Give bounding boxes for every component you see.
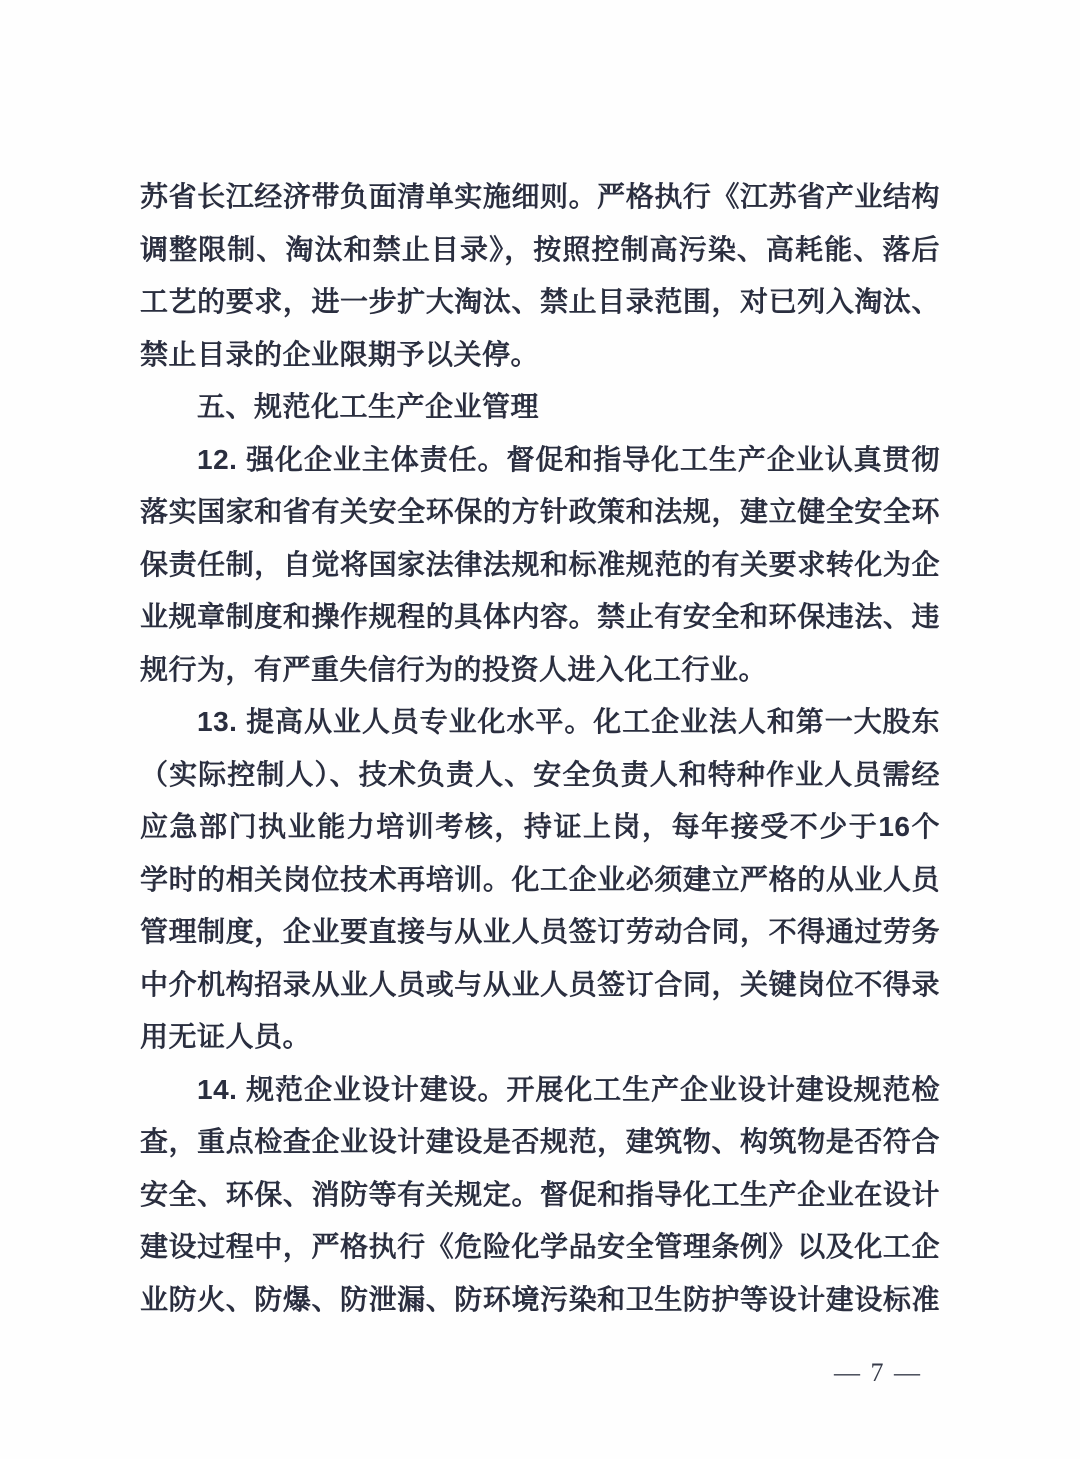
paragraph-13-personnel: 13. 提高从业人员专业化水平。化工企业法人和第一大股东 （实际控制人）、技术负… xyxy=(140,696,940,1064)
paragraph-negative-list-continuation: 苏省长江经济带负面清单实施细则。严格执行《江苏省产业结构 调整限制、淘汰和禁止目… xyxy=(140,171,940,381)
paragraph-12-responsibility: 12. 强化企业主体责任。督促和指导化工生产企业认真贯彻 落实国家和省有关安全环… xyxy=(140,434,940,697)
text-line: 规行为，有严重失信行为的投资人进入化工行业。 xyxy=(140,644,940,697)
text-line: 业规章制度和操作规程的具体内容。禁止有安全和环保违法、违 xyxy=(140,591,940,644)
heading-section-5: 五、规范化工生产企业管理 xyxy=(140,381,940,434)
text-line: 业防火、防爆、防泄漏、防环境污染和卫生防护等设计建设标准 xyxy=(140,1274,940,1327)
text-line: 建设过程中，严格执行《危险化学品安全管理条例》以及化工企 xyxy=(140,1221,940,1274)
page-number: — 7 — xyxy=(140,1358,940,1388)
text-line: 落实国家和省有关安全环保的方针政策和法规，建立健全安全环 xyxy=(140,486,940,539)
text-line: 工艺的要求，进一步扩大淘汰、禁止目录范围，对已列入淘汰、 xyxy=(140,276,940,329)
paragraph-14-design: 14. 规范企业设计建设。开展化工生产企业设计建设规范检 查，重点检查企业设计建… xyxy=(140,1064,940,1327)
text-line: 管理制度，企业要直接与从业人员签订劳动合同，不得通过劳务 xyxy=(140,906,940,959)
text-line: 13. 提高从业人员专业化水平。化工企业法人和第一大股东 xyxy=(140,696,940,749)
text-line: 中介机构招录从业人员或与从业人员签订合同，关键岗位不得录 xyxy=(140,959,940,1012)
section-heading: 五、规范化工生产企业管理 xyxy=(140,381,940,434)
document-page: 苏省长江经济带负面清单实施细则。严格执行《江苏省产业结构 调整限制、淘汰和禁止目… xyxy=(0,0,1080,1459)
text-line: 用无证人员。 xyxy=(140,1011,940,1064)
text-line: 14. 规范企业设计建设。开展化工生产企业设计建设规范检 xyxy=(140,1064,940,1117)
text-line: 安全、环保、消防等有关规定。督促和指导化工生产企业在设计 xyxy=(140,1169,940,1222)
text-line: 保责任制，自觉将国家法律法规和标准规范的有关要求转化为企 xyxy=(140,539,940,592)
document-body: 苏省长江经济带负面清单实施细则。严格执行《江苏省产业结构 调整限制、淘汰和禁止目… xyxy=(140,171,940,1388)
text-line: 苏省长江经济带负面清单实施细则。严格执行《江苏省产业结构 xyxy=(140,171,940,224)
text-line: 12. 强化企业主体责任。督促和指导化工生产企业认真贯彻 xyxy=(140,434,940,487)
text-line: 查，重点检查企业设计建设是否规范，建筑物、构筑物是否符合 xyxy=(140,1116,940,1169)
text-line: 调整限制、淘汰和禁止目录》，按照控制高污染、高耗能、落后 xyxy=(140,224,940,277)
text-line: （实际控制人）、技术负责人、安全负责人和特种作业人员需经 xyxy=(140,749,940,802)
text-line: 学时的相关岗位技术再培训。化工企业必须建立严格的从业人员 xyxy=(140,854,940,907)
text-line: 禁止目录的企业限期予以关停。 xyxy=(140,329,940,382)
text-line: 应急部门执业能力培训考核，持证上岗，每年接受不少于16个 xyxy=(140,801,940,854)
